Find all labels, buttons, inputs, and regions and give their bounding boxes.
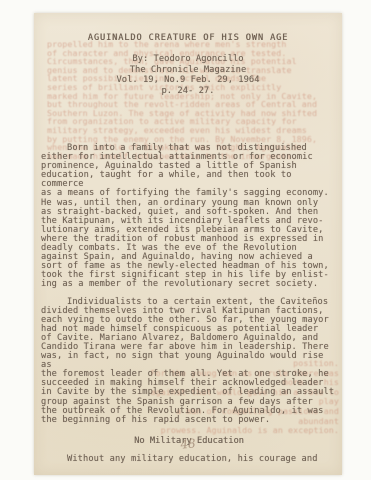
article-byline: By: Teodoro Agoncillo The Chronicle Maga…	[34, 54, 342, 96]
scanned-paper-sheet: propelled him to the arena where men's s…	[34, 13, 342, 475]
paragraph-1: Born into a family that was not distingu…	[41, 144, 337, 290]
article-body: Born into a family that was not distingu…	[41, 144, 337, 472]
paragraph-2: Individualists to a certain extent, the …	[41, 298, 337, 425]
article-title: AGUINALDO CREATURE OF HIS OWN AGE	[34, 33, 342, 43]
